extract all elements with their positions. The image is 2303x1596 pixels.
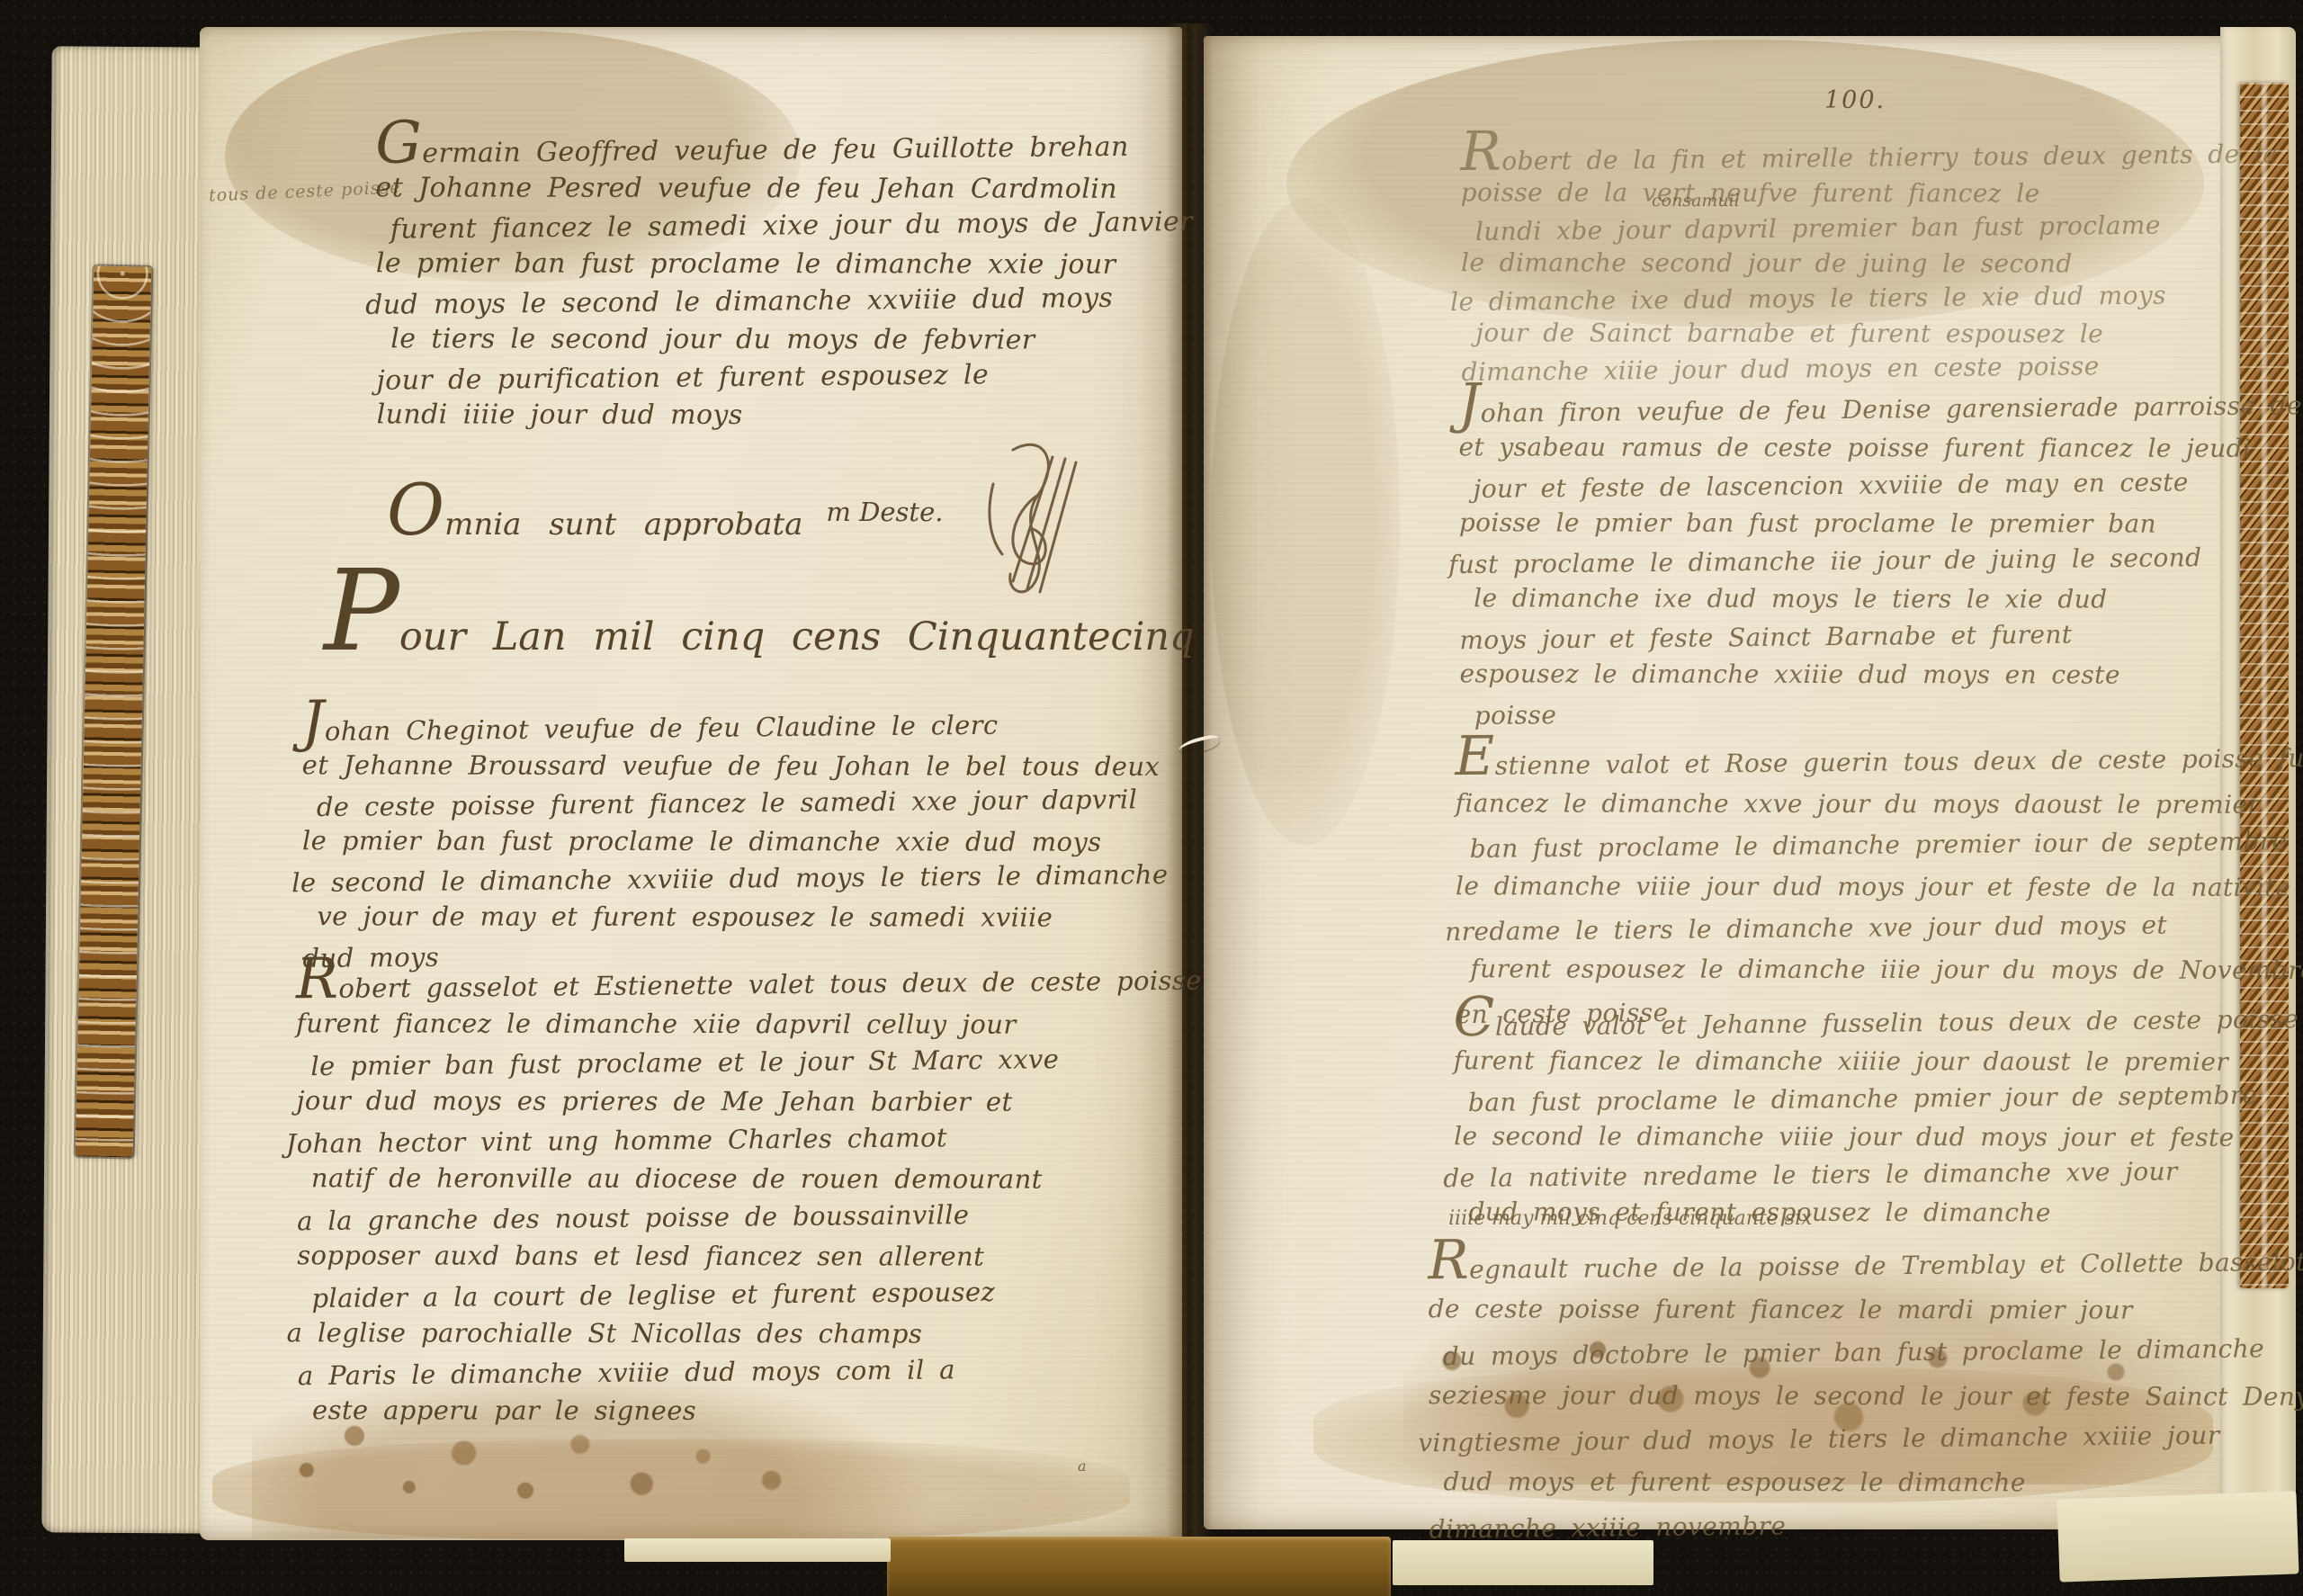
marriage-entry: Claude valot et Jehanne fusselin tous de… — [1453, 999, 2227, 1233]
manuscript-line: Johan Cheginot veufue de feu Claudine le… — [301, 700, 1075, 750]
quire-mark: a — [1078, 1457, 1087, 1475]
manuscript-line: poisse de la vert neufve furent fiancez … — [1461, 175, 2217, 211]
notary-signature: m Deste. — [826, 497, 943, 527]
marriage-entry: Estienne valot et Rose guerin tous deux … — [1455, 738, 2229, 1034]
manuscript-line: vingtiesme jour dud moys le tiers le dim… — [1418, 1414, 2220, 1466]
manuscript-line: moys jour et feste Sainct Barnabe et fur… — [1459, 614, 2224, 659]
manuscript-line: poisse le pmier ban fust proclame le pre… — [1459, 504, 2224, 542]
manuscript-line: a la granche des noust poisse de boussai… — [297, 1195, 1089, 1241]
manuscript-line: fust proclame le dimanche iie jour de ju… — [1448, 539, 2224, 584]
marriage-entry: Johan firon veufue de feu Denise garensi… — [1458, 385, 2225, 733]
manuscript-line: sopposer auxd bans et lesd fiancez sen a… — [297, 1236, 1089, 1277]
manuscript-line: espousez le dimanche xxiiie dud moys en … — [1460, 655, 2225, 694]
manuscript-line: Johan firon veufue de feu Denise garensi… — [1458, 383, 2223, 433]
manuscript-line: et ysabeau ramus de ceste poisse furent … — [1458, 428, 2223, 467]
manuscript-line: plaider a la court de leglise et furent … — [311, 1272, 1089, 1318]
manuscript-line: le pmier ban fust proclame le dimanche x… — [302, 821, 1076, 861]
folio-number: 100. — [1824, 86, 1886, 114]
manuscript-line: le second le dimanche xxviiie dud moys l… — [291, 856, 1076, 901]
manuscript-line: le dimanche second jour de juing le seco… — [1461, 245, 2217, 281]
manuscript-line: le pmier ban fust proclame le dimanche x… — [376, 245, 1087, 283]
manuscript-line: le tiers le second jour du moys de febvr… — [390, 320, 1087, 359]
manuscript-line: furent espousez le dimanche iiie jour du… — [1470, 948, 2229, 991]
manuscript-line: et Jehanne Broussard veufue de feu Johan… — [302, 746, 1076, 785]
manuscript-line: jour de Sainct barnabe et furent espouse… — [1475, 315, 2217, 351]
manuscript-line: dimanche xxiiie novembre — [1429, 1501, 2220, 1551]
manuscript-line: ve jour de may et furent espousez le sam… — [317, 897, 1076, 936]
manuscript-line: dimanche xiiie jour dud moys en ceste po… — [1461, 347, 2217, 390]
manuscript-line: furent fiancez le dimanche xiie dapvril … — [296, 1004, 1088, 1045]
year-heading: Pour Lan mil cinq cens Cinquantecinq — [324, 587, 1195, 659]
manuscript-line: de la nativite nredame le tiers le diman… — [1443, 1152, 2227, 1197]
book-cradle-support — [887, 1537, 1391, 1596]
manuscript-line: le second le dimanche viiie jour dud moy… — [1454, 1117, 2227, 1157]
manuscript-line: Robert gasselot et Estienette valet tous… — [296, 957, 1088, 1009]
manuscript-line: Estienne valot et Rose guerin tous deux … — [1455, 736, 2228, 787]
manuscript-line: ban fust proclame le dimanche premier io… — [1470, 821, 2229, 870]
manuscript-line: natif de heronville au diocese de rouen … — [311, 1159, 1089, 1199]
manuscript-line: seziesme jour dud moys le second le jour… — [1429, 1374, 2220, 1419]
manuscript-line: Johan hector vint ung homme Charles cham… — [286, 1117, 1089, 1164]
manuscript-line: Robert de la fin et mirelle thierry tous… — [1460, 131, 2216, 179]
manuscript-line: le dimanche ixe dud moys le tiers le xie… — [1450, 277, 2217, 319]
manuscript-line: jour et feste de lascencion xxviiie de m… — [1473, 463, 2223, 508]
manuscript-line: lundi xbe jour dapvril premier ban fust … — [1475, 207, 2217, 249]
manuscript-line: dud moys le second le dimanche xxviiie d… — [365, 280, 1087, 325]
manuscript-line: jour de purification et furent espousez … — [376, 355, 1087, 400]
manuscript-line: le dimanche ixe dud moys le tiers le xie… — [1474, 579, 2224, 618]
manuscript-line: a leglise parochialle St Nicollas des ch… — [287, 1314, 1089, 1354]
marriage-entry: Robert de la fin et mirelle thierry tous… — [1460, 133, 2217, 388]
notary-paraph-icon — [966, 430, 1101, 605]
manuscript-line: Regnault ruche de la poisse de Tremblay … — [1428, 1240, 2219, 1292]
entry-date-line: iiiie may mil cinq cens cinquante six — [1448, 1207, 1813, 1230]
support-strip-left — [624, 1538, 891, 1562]
manuscript-line: jour dud moys es prieres de Me Jehan bar… — [297, 1081, 1089, 1122]
manuscript-line: Germain Geoffred veufue de feu Guillotte… — [375, 122, 1086, 174]
approbation-text: Omnia sunt approbata — [387, 493, 802, 542]
manuscript-line: de ceste poisse furent fiancez le samedi… — [317, 781, 1076, 826]
marriage-entry: Robert gasselot et Estienette valet tous… — [296, 959, 1089, 1432]
manuscript-line: du moys doctobre le pmier ban fust procl… — [1443, 1328, 2220, 1378]
manuscript-line: de ceste poisse furent fiancez le mardi … — [1429, 1287, 2220, 1332]
marriage-entry: Germain Geoffred veufue de feu Guillotte… — [375, 124, 1087, 435]
manuscript-line: le dimanche viiie jour dud moys jour et … — [1456, 865, 2229, 909]
manuscript-line: furent fiancez le dimanche xiiiie jour d… — [1454, 1042, 2227, 1081]
manuscript-line: Claude valot et Jehanne fusselin tous de… — [1453, 997, 2227, 1046]
manuscript-line: a Paris le dimanche xviiie dud moys com … — [298, 1349, 1089, 1395]
manuscript-line: ban fust proclame le dimanche pmier jour… — [1468, 1077, 2227, 1122]
manuscript-line: furent fiancez le samedi xixe jour du mo… — [390, 204, 1087, 248]
manuscript-photo: tous de ceste poisse Germain Geoffred ve… — [0, 0, 2303, 1596]
manuscript-line: dud moys et furent espousez le dimanche — [1443, 1460, 2220, 1505]
manuscript-line: et Johanne Pesred veufue de feu Jehan Ca… — [376, 169, 1087, 208]
manuscript-line: fiancez le dimanche xxve jour du moys da… — [1456, 783, 2229, 826]
marriage-entry: Johan Cheginot veufue de feu Claudine le… — [301, 702, 1076, 975]
manuscript-line: poisse — [1474, 690, 2225, 735]
paper-stain — [1211, 198, 1400, 846]
manuscript-line: nredame le tiers le dimanche xve jour du… — [1445, 904, 2229, 953]
marriage-entry: Regnault ruche de la poisse de Tremblay … — [1428, 1242, 2220, 1549]
manuscript-line: le pmier ban fust proclame et le jour St… — [310, 1040, 1088, 1086]
manuscript-line: este apperu par le signees — [312, 1391, 1089, 1431]
book-gutter — [1166, 23, 1213, 1547]
